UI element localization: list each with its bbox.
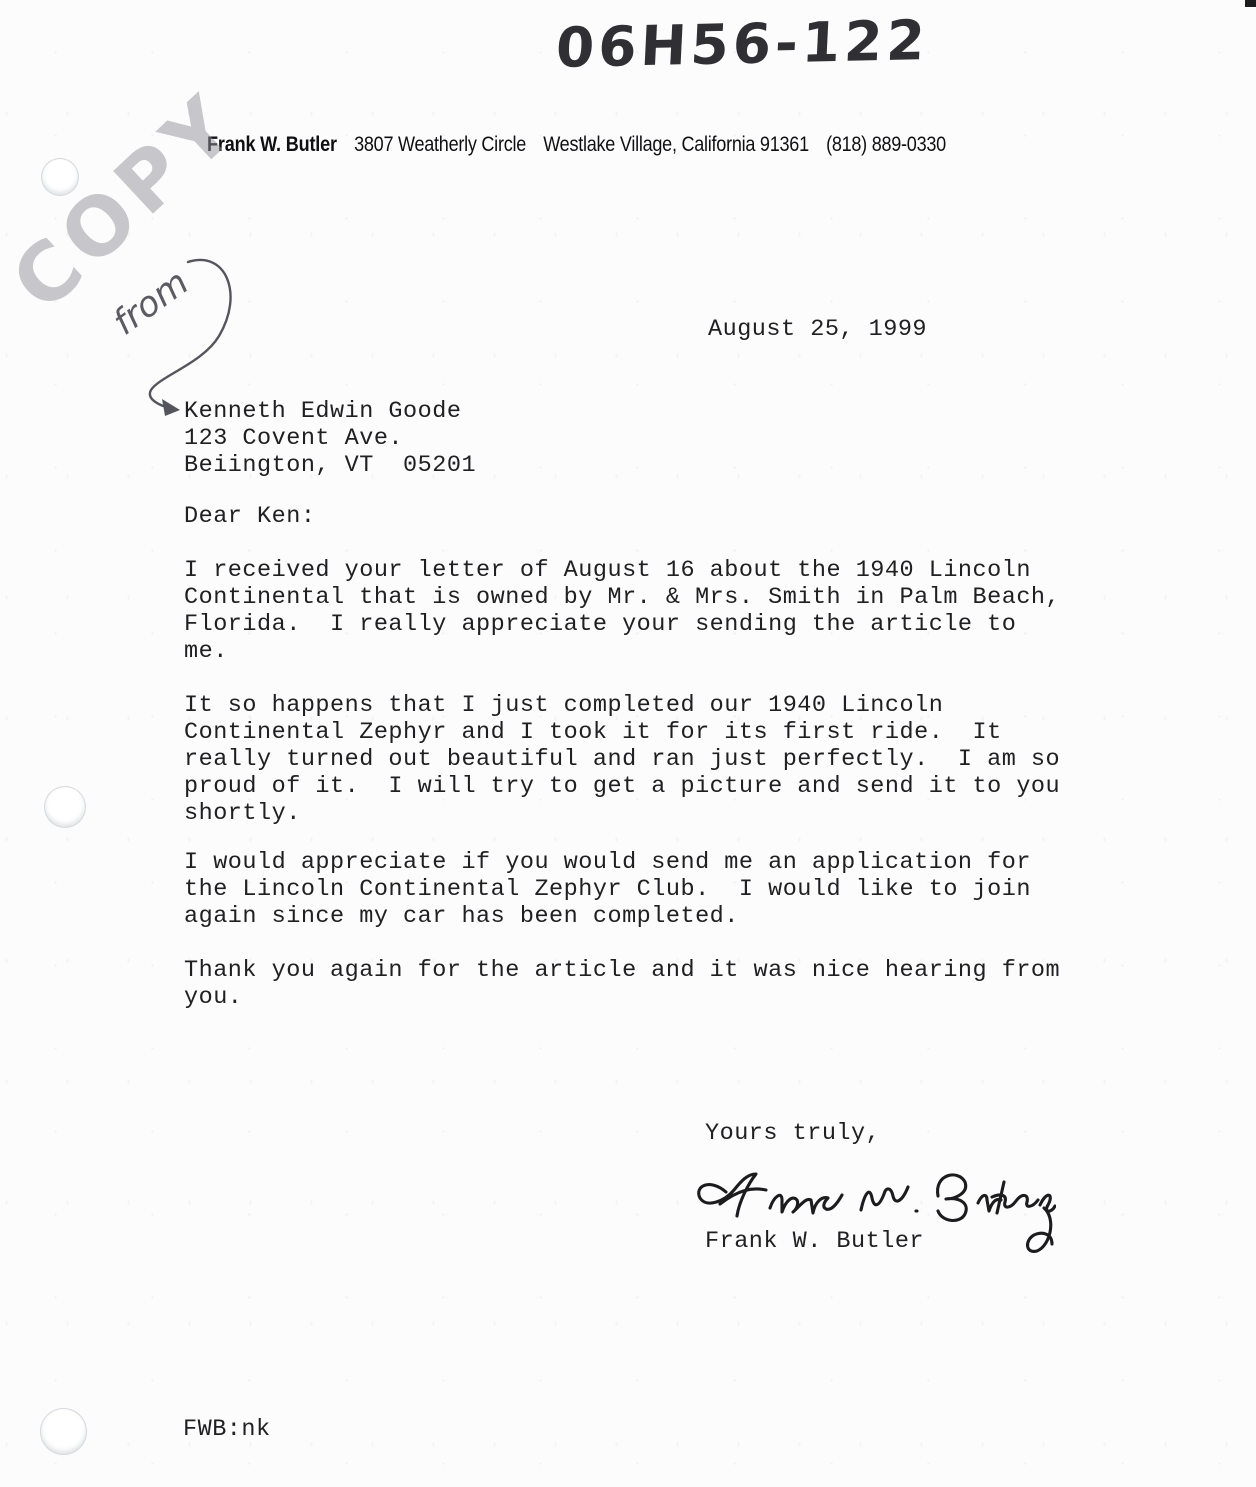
letterhead-city: Westlake Village, California 91361 (543, 133, 809, 157)
body-paragraph: It so happens that I just completed our … (184, 692, 1060, 827)
archive-id-handwriting: 06H56-122 (554, 8, 930, 80)
letterhead: Frank W. Butler 3807 Weatherly Circle We… (207, 133, 946, 157)
typed-signature-name: Frank W. Butler (705, 1228, 924, 1255)
date-line: August 25, 1999 (708, 316, 927, 343)
body-paragraph: I would appreciate if you would send me … (184, 849, 1031, 930)
body-paragraph: I received your letter of August 16 abou… (184, 557, 1060, 665)
typist-initials: FWB:nk (183, 1416, 271, 1443)
scan-corner-artifact (1245, 0, 1256, 7)
recipient-address: Kenneth Edwin Goode 123 Covent Ave. Beii… (184, 398, 476, 479)
arrowhead-icon (162, 399, 180, 416)
letterhead-street: 3807 Weatherly Circle (354, 133, 526, 157)
body-paragraph: Thank you again for the article and it w… (184, 957, 1060, 1011)
signature-handwriting (686, 1150, 1056, 1275)
punch-hole (44, 786, 86, 828)
letterhead-phone: (818) 889-0330 (826, 133, 946, 157)
closing-line: Yours truly, (705, 1120, 880, 1147)
scanned-letter-page: 06H56-122 Frank W. Butler 3807 Weatherly… (0, 0, 1256, 1487)
punch-hole (40, 1408, 87, 1455)
salutation: Dear Ken: (184, 503, 315, 530)
